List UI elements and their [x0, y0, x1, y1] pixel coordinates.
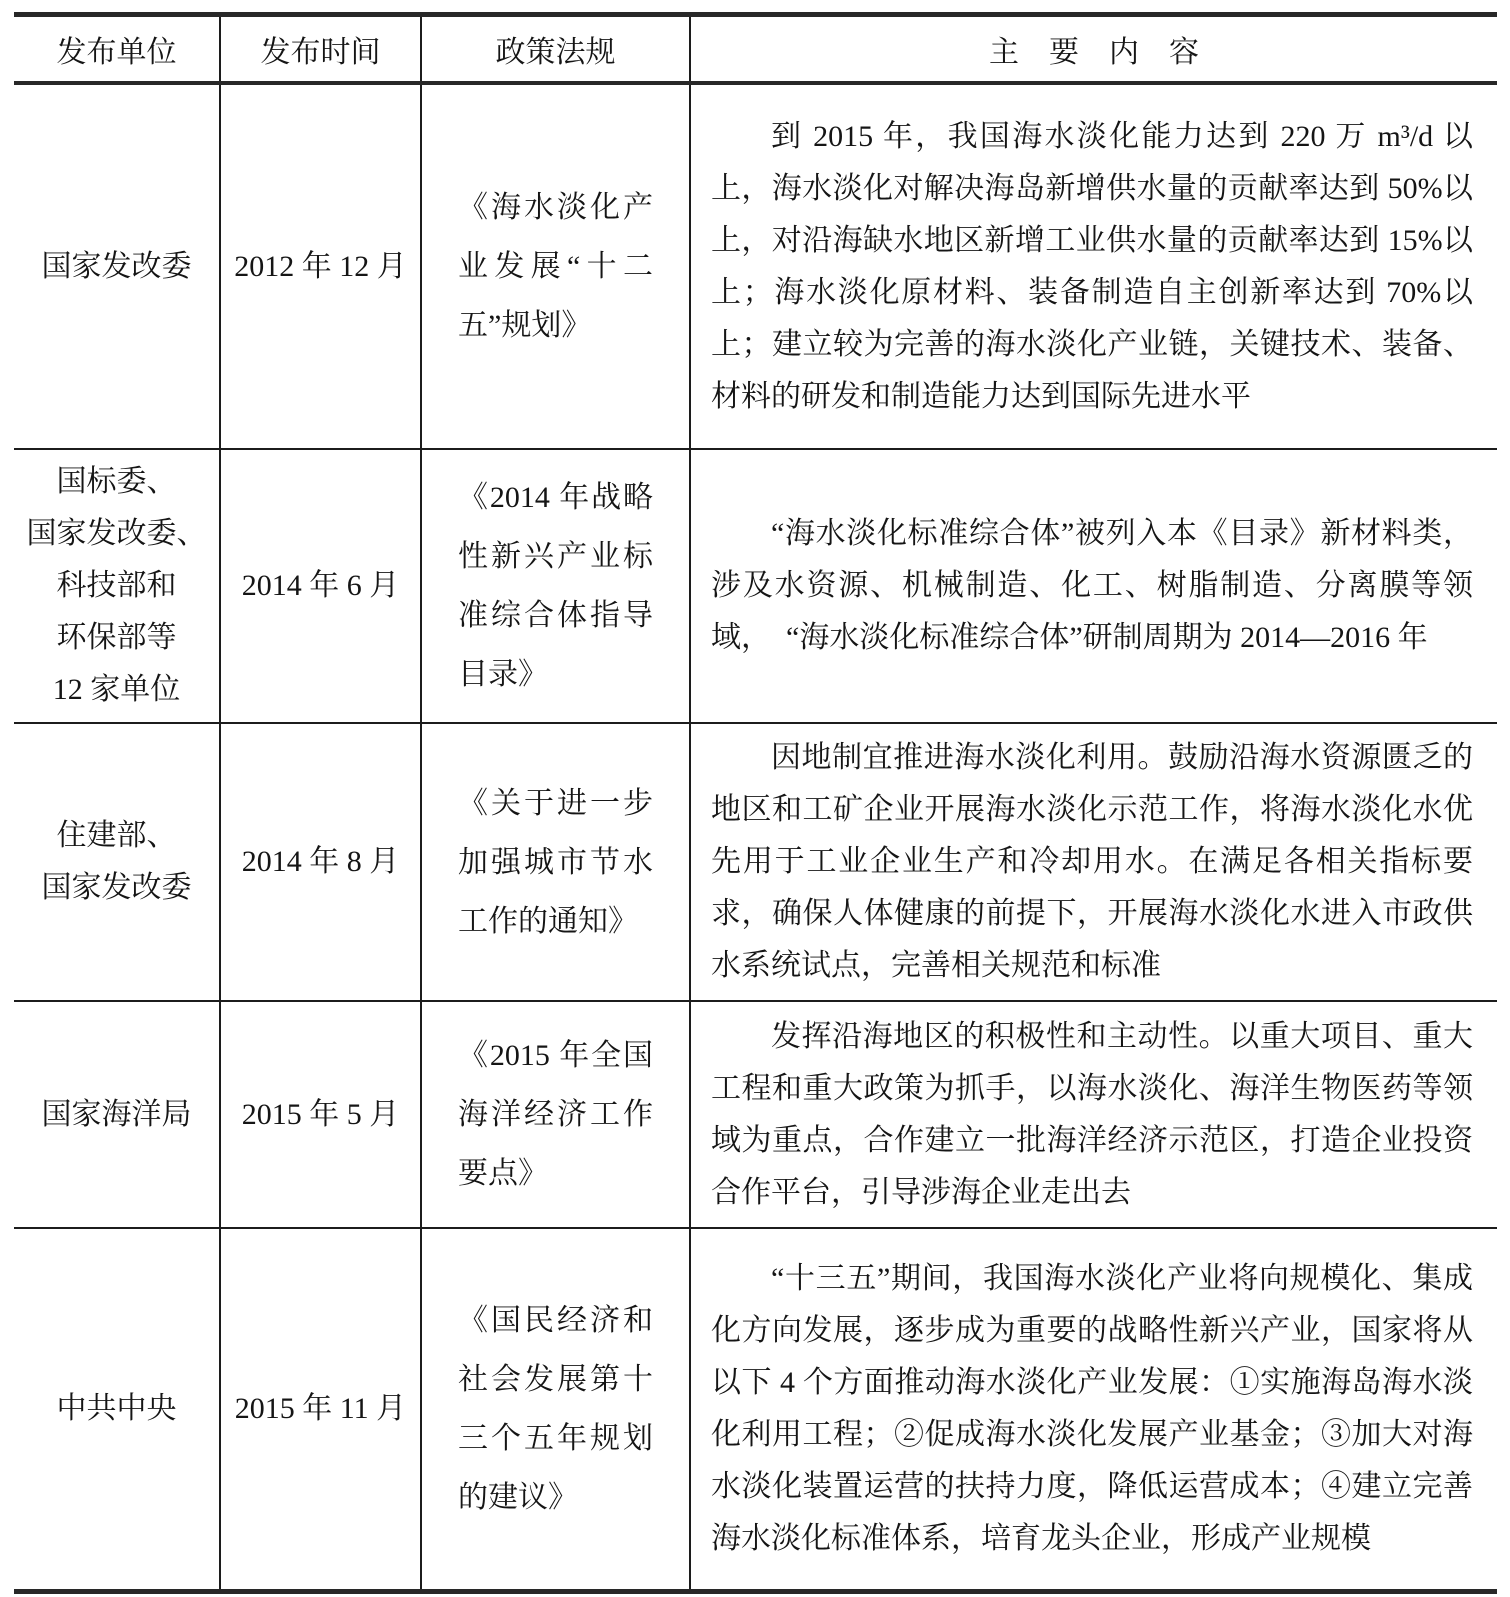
table-row: 国标委、 国家发改委、 科技部和 环保部等 12 家单位 2014 年 6 月 …: [14, 449, 1497, 723]
main-content-text: “海水淡化标准综合体”被列入本《目录》新材料类，涉及水资源、机械制造、化工、树脂…: [711, 508, 1473, 664]
header-main-content: 主 要 内 容: [690, 15, 1497, 84]
policy-table: 发布单位 发布时间 政策法规 主 要 内 容 国家发改委 2012 年 12 月…: [14, 12, 1497, 1594]
issuing-unit-cell: 住建部、 国家发改委: [14, 723, 220, 1001]
policy-title-cell: 《2015 年全国海洋经济工作要点》: [421, 1001, 690, 1228]
issuing-unit-cell: 国家海洋局: [14, 1001, 220, 1228]
issue-date-cell: 2014 年 8 月: [220, 723, 421, 1001]
issuing-unit-cell: 国家发改委: [14, 83, 220, 449]
issue-date-cell: 2015 年 11 月: [220, 1228, 421, 1591]
issuing-unit-cell: 中共中央: [14, 1228, 220, 1591]
main-content-text: 发挥沿海地区的积极性和主动性。以重大项目、重大工程和重大政策为抓手，以海水淡化、…: [711, 1011, 1473, 1219]
main-content-cell: 到 2015 年，我国海水淡化能力达到 220 万 m³/d 以上，海水淡化对解…: [690, 83, 1497, 449]
issuing-unit-cell: 国标委、 国家发改委、 科技部和 环保部等 12 家单位: [14, 449, 220, 723]
table-row: 国家海洋局 2015 年 5 月 《2015 年全国海洋经济工作要点》 发挥沿海…: [14, 1001, 1497, 1228]
main-content-text: 因地制宜推进海水淡化利用。鼓励沿海水资源匮乏的地区和工矿企业开展海水淡化示范工作…: [711, 732, 1473, 992]
table-row: 中共中央 2015 年 11 月 《国民经济和社会发展第十三个五年规划的建议》 …: [14, 1228, 1497, 1591]
main-content-cell: “十三五”期间，我国海水淡化产业将向规模化、集成化方向发展，逐步成为重要的战略性…: [690, 1228, 1497, 1591]
policy-title: 《关于进一步加强城市节水工作的通知》: [458, 774, 653, 951]
policy-title: 《国民经济和社会发展第十三个五年规划的建议》: [458, 1291, 653, 1527]
header-issuing-unit: 发布单位: [14, 15, 220, 84]
header-policy-regulation: 政策法规: [421, 15, 690, 84]
issue-date-cell: 2015 年 5 月: [220, 1001, 421, 1228]
table-header: 发布单位 发布时间 政策法规 主 要 内 容: [14, 15, 1497, 84]
main-content-text: 到 2015 年，我国海水淡化能力达到 220 万 m³/d 以上，海水淡化对解…: [711, 111, 1473, 423]
header-row: 发布单位 发布时间 政策法规 主 要 内 容: [14, 15, 1497, 84]
main-content-cell: 发挥沿海地区的积极性和主动性。以重大项目、重大工程和重大政策为抓手，以海水淡化、…: [690, 1001, 1497, 1228]
main-content-text: “十三五”期间，我国海水淡化产业将向规模化、集成化方向发展，逐步成为重要的战略性…: [711, 1253, 1473, 1565]
table-row: 国家发改委 2012 年 12 月 《海水淡化产业发展“十二五”规划》 到 20…: [14, 83, 1497, 449]
issue-date-cell: 2012 年 12 月: [220, 83, 421, 449]
policy-title: 《海水淡化产业发展“十二五”规划》: [458, 178, 653, 355]
table-row: 住建部、 国家发改委 2014 年 8 月 《关于进一步加强城市节水工作的通知》…: [14, 723, 1497, 1001]
policy-title-cell: 《关于进一步加强城市节水工作的通知》: [421, 723, 690, 1001]
main-content-cell: 因地制宜推进海水淡化利用。鼓励沿海水资源匮乏的地区和工矿企业开展海水淡化示范工作…: [690, 723, 1497, 1001]
main-content-cell: “海水淡化标准综合体”被列入本《目录》新材料类，涉及水资源、机械制造、化工、树脂…: [690, 449, 1497, 723]
header-issue-date: 发布时间: [220, 15, 421, 84]
policy-title: 《2014 年战略性新兴产业标准综合体指导目录》: [458, 468, 653, 704]
policy-title-cell: 《2014 年战略性新兴产业标准综合体指导目录》: [421, 449, 690, 723]
issue-date-cell: 2014 年 6 月: [220, 449, 421, 723]
policy-title-cell: 《海水淡化产业发展“十二五”规划》: [421, 83, 690, 449]
policy-title-cell: 《国民经济和社会发展第十三个五年规划的建议》: [421, 1228, 690, 1591]
policy-title: 《2015 年全国海洋经济工作要点》: [458, 1026, 653, 1203]
